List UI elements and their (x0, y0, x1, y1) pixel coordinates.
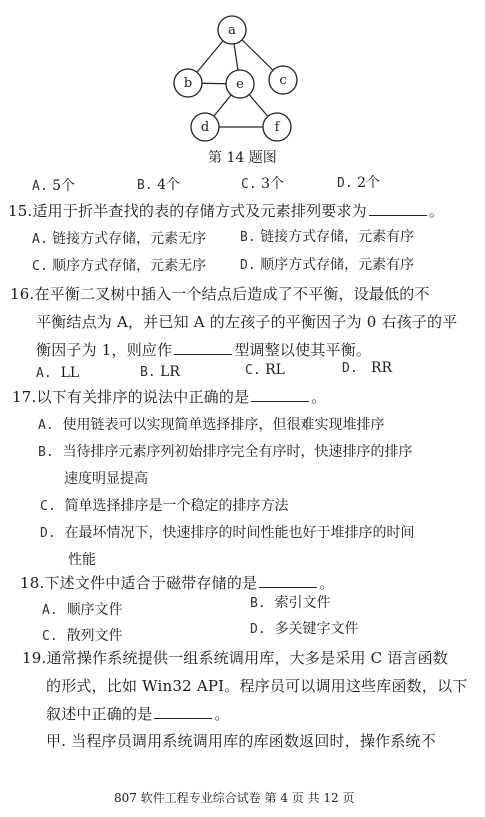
q15-option-d[interactable]: D. 顺序方式存储，元素有序 (240, 254, 414, 274)
q17-option-a[interactable]: A. 使用链表可以实现简单选择排序，但很难实现堆排序 (38, 414, 385, 434)
figure-caption: 第 14 题图 (208, 147, 277, 167)
q15-option-a[interactable]: A. 链接方式存储，元素无序 (32, 228, 206, 248)
q18-option-c[interactable]: C. 散列文件 (42, 625, 123, 645)
q19-line-3: 叙述中正确的是。 (46, 703, 230, 724)
q16-option-a[interactable]: A. LL (36, 365, 79, 381)
node-c: c (279, 73, 286, 88)
q17-option-d[interactable]: D. 在最坏情况下，快速排序的时间性能也好于堆排序的时间 (40, 522, 415, 542)
q15-answer-blank[interactable] (369, 203, 427, 216)
graph-figure: a b e c d f (0, 0, 485, 150)
q16-option-d[interactable]: D. RR (342, 360, 392, 376)
q15-stem: 15.适用于折半查找的表的存储方式及元素排列要求为。 (8, 200, 444, 221)
q17-stem: 17.以下有关排序的说法中正确的是。 (12, 386, 326, 407)
q16-option-c[interactable]: C. RL (245, 362, 285, 378)
q17-option-d-cont: 性能 (68, 549, 96, 569)
q16-line-1: 16.在平衡二叉树中插入一个结点后造成了不平衡，设最低的不 (10, 283, 430, 304)
q17-option-c[interactable]: C. 简单选择排序是一个稳定的排序方法 (40, 495, 289, 515)
q18-option-b[interactable]: B. 索引文件 (250, 592, 331, 612)
q17-answer-blank[interactable] (251, 389, 309, 402)
q19-line-2: 的形式，比如 Win32 API。程序员可以调用这些库函数，以下 (46, 675, 468, 696)
q18-stem: 18.下述文件中适合于磁带存储的是。 (20, 572, 334, 593)
q14-option-d[interactable]: D. 2个 (337, 172, 380, 192)
node-b: b (184, 76, 192, 91)
node-a: a (228, 23, 236, 38)
node-d: d (201, 120, 209, 135)
q15-option-c[interactable]: C. 顺序方式存储，元素无序 (32, 255, 206, 275)
q16-line-3: 衡因子为 1，则应作型调整以使其平衡。 (36, 339, 371, 360)
q15-option-b[interactable]: B. 链接方式存储，元素有序 (240, 226, 414, 246)
q16-option-b[interactable]: B. LR (140, 364, 180, 380)
q17-option-b-cont: 速度明显提高 (64, 468, 148, 488)
q18-option-a[interactable]: A. 顺序文件 (42, 599, 123, 619)
q19-item-jia: 甲. 当程序员调用系统调用库的库函数返回时，操作系统不 (46, 730, 436, 751)
q19-line-1: 19.通常操作系统提供一组系统调用库，大多是采用 C 语言函数 (22, 647, 448, 668)
node-e: e (236, 77, 244, 92)
q18-option-d[interactable]: D. 多关键字文件 (250, 618, 359, 638)
q16-answer-blank[interactable] (174, 342, 232, 355)
q18-answer-blank[interactable] (259, 575, 317, 588)
q19-answer-blank[interactable] (154, 706, 212, 719)
q14-option-a[interactable]: A. 5个 (32, 175, 75, 195)
page-footer: 807 软件工程专业综合试卷 第 4 页 共 12 页 (114, 789, 355, 806)
q14-option-b[interactable]: B. 4个 (137, 174, 180, 194)
q14-option-c[interactable]: C. 3个 (241, 173, 284, 193)
q17-option-b[interactable]: B. 当待排序元素序列初始排序完全有序时，快速排序的排序 (38, 441, 413, 461)
q16-line-2: 平衡结点为 A，并已知 A 的左孩子的平衡因子为 0 右孩子的平 (36, 311, 457, 332)
